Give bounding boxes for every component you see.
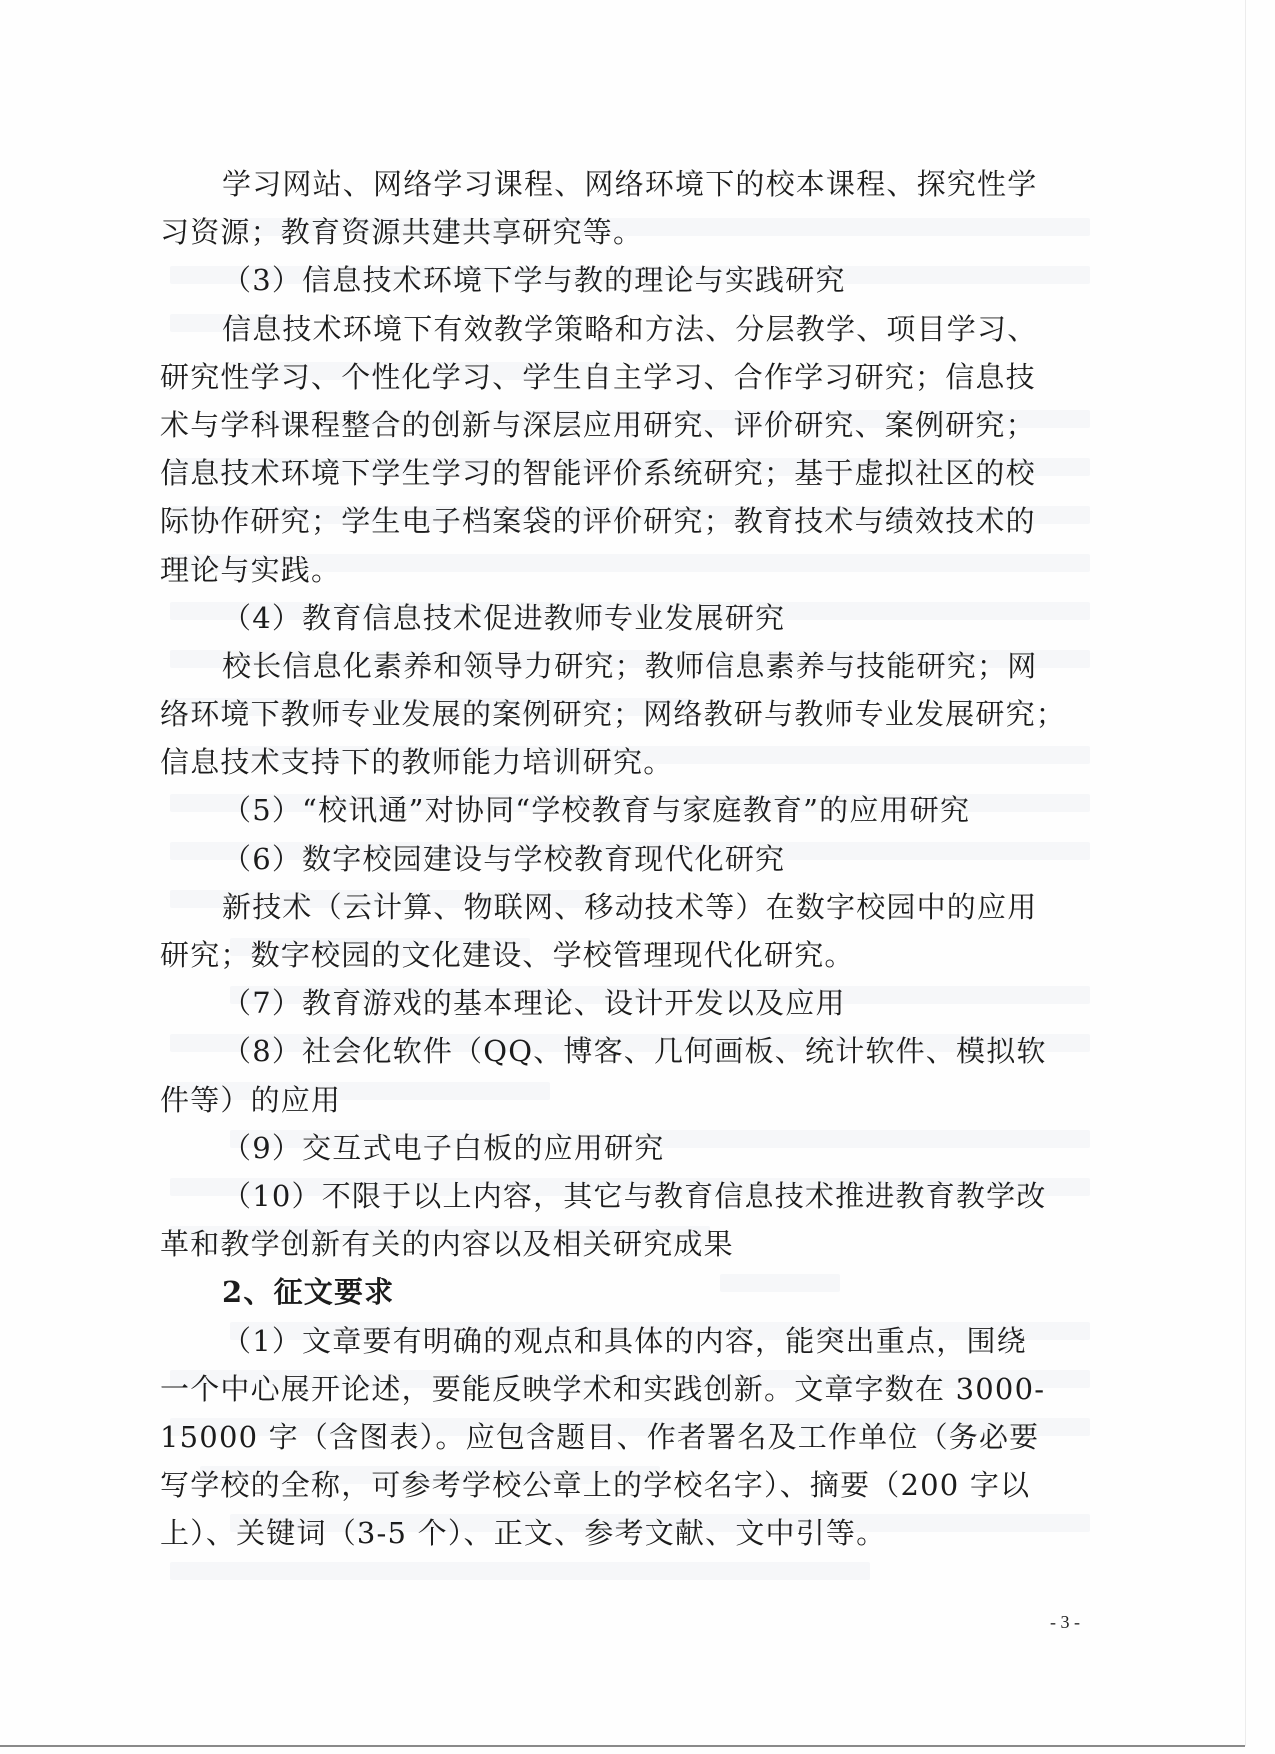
text-line: 一个中心展开论述，要能反映学术和实践创新。文章字数在 3000- [160, 1365, 1095, 1413]
text-line: 学习网站、网络学习课程、网络环境下的校本课程、探究性学 [160, 160, 1095, 208]
page-number: - 3 - [1050, 1612, 1080, 1633]
scan-right-edge [1245, 0, 1246, 1746]
text-line: 信息技术环境下有效教学策略和方法、分层教学、项目学习、 [160, 305, 1095, 353]
section-subheading: （8）社会化软件（QQ、博客、几何画板、统计软件、模拟软 [160, 1027, 1095, 1075]
text-line: 15000 字（含图表）。应包含题目、作者署名及工作单位（务必要 [160, 1413, 1095, 1461]
text-line: 新技术（云计算、物联网、移动技术等）在数字校园中的应用 [160, 883, 1095, 931]
text-line: 革和教学创新有关的内容以及相关研究成果 [160, 1220, 1095, 1268]
text-line: 习资源；教育资源共建共享研究等。 [160, 208, 1095, 256]
section-subheading: （4）教育信息技术促进教师专业发展研究 [160, 594, 1095, 642]
scanned-page: 学习网站、网络学习课程、网络环境下的校本课程、探究性学 习资源；教育资源共建共享… [0, 0, 1275, 1754]
section-subheading: （5）“校讯通”对协同“学校教育与家庭教育”的应用研究 [160, 786, 1095, 834]
text-line: 信息技术支持下的教师能力培训研究。 [160, 738, 1095, 786]
text-line: 件等）的应用 [160, 1076, 1095, 1124]
section-subheading: （9）交互式电子白板的应用研究 [160, 1124, 1095, 1172]
scan-bottom-edge [0, 1745, 1245, 1747]
section-subheading: （7）教育游戏的基本理论、设计开发以及应用 [160, 979, 1095, 1027]
section-subheading: （3）信息技术环境下学与教的理论与实践研究 [160, 256, 1095, 304]
text-line: 校长信息化素养和领导力研究；教师信息素养与技能研究；网 [160, 642, 1095, 690]
text-line: 研究；数字校园的文化建设、学校管理现代化研究。 [160, 931, 1095, 979]
section-heading: 2、征文要求 [160, 1268, 1095, 1316]
text-line: 信息技术环境下学生学习的智能评价系统研究；基于虚拟社区的校 [160, 449, 1095, 497]
section-subheading: （10）不限于以上内容，其它与教育信息技术推进教育教学改 [160, 1172, 1095, 1220]
text-line: 上）、关键词（3-5 个）、正文、参考文献、文中引等。 [160, 1509, 1095, 1557]
text-line: （1）文章要有明确的观点和具体的内容，能突出重点，围绕 [160, 1317, 1095, 1365]
text-line: 际协作研究；学生电子档案袋的评价研究；教育技术与绩效技术的 [160, 497, 1095, 545]
text-line: 络环境下教师专业发展的案例研究；网络教研与教师专业发展研究； [160, 690, 1095, 738]
text-line: 术与学科课程整合的创新与深层应用研究、评价研究、案例研究； [160, 401, 1095, 449]
section-subheading: （6）数字校园建设与学校教育现代化研究 [160, 835, 1095, 883]
text-line: 写学校的全称，可参考学校公章上的学校名字）、摘要（200 字以 [160, 1461, 1095, 1509]
text-line: 研究性学习、个性化学习、学生自主学习、合作学习研究；信息技 [160, 353, 1095, 401]
text-line: 理论与实践。 [160, 546, 1095, 594]
document-body: 学习网站、网络学习课程、网络环境下的校本课程、探究性学 习资源；教育资源共建共享… [160, 160, 1095, 1557]
